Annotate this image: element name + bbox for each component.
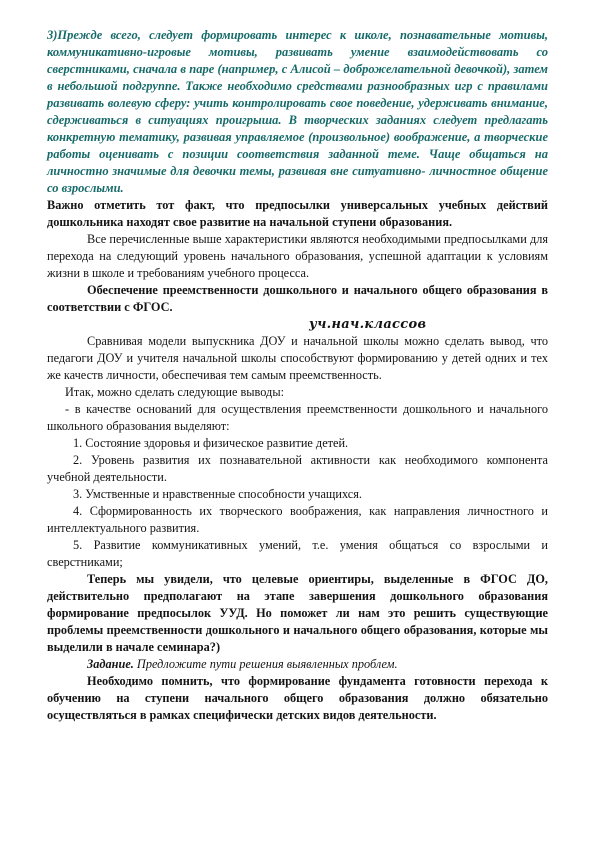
list-item: 5. Развитие коммуникативных умений, т.е.…: [47, 537, 548, 571]
comparison-paragraph: Сравнивая модели выпускника ДОУ и началь…: [47, 333, 548, 384]
document-page: 3)Прежде всего, следует формировать инте…: [0, 0, 595, 842]
task-label: Задание.: [87, 657, 134, 671]
list-item: 2. Уровень развития их познавательной ак…: [47, 452, 548, 486]
important-note-paragraph: Важно отметить тот факт, что предпосылки…: [47, 197, 548, 231]
list-item: 4. Сформированность их творческого вообр…: [47, 503, 548, 537]
final-note-paragraph: Необходимо помнить, что формирование фун…: [47, 673, 548, 724]
basis-statement: - в качестве оснований для осуществления…: [47, 401, 548, 435]
task-text: Предложите пути решения выявленных пробл…: [134, 657, 398, 671]
characteristics-paragraph: Все перечисленные выше характеристики яв…: [47, 231, 548, 282]
task-line: Задание. Предложите пути решения выявлен…: [47, 656, 548, 673]
fgos-heading: Обеспечение преемственности дошкольного …: [47, 282, 548, 316]
list-item: 1. Состояние здоровья и физическое разви…: [47, 435, 548, 452]
list-item: 3. Умственные и нравственные способности…: [47, 486, 548, 503]
intro-speech-paragraph: 3)Прежде всего, следует формировать инте…: [47, 27, 548, 197]
conclusions-lead: Итак, можно сделать следующие выводы:: [47, 384, 548, 401]
teacher-annotation: уч.нач.классов: [47, 316, 548, 333]
now-we-saw-paragraph: Теперь мы увидели, что целевые ориентиры…: [47, 571, 548, 656]
